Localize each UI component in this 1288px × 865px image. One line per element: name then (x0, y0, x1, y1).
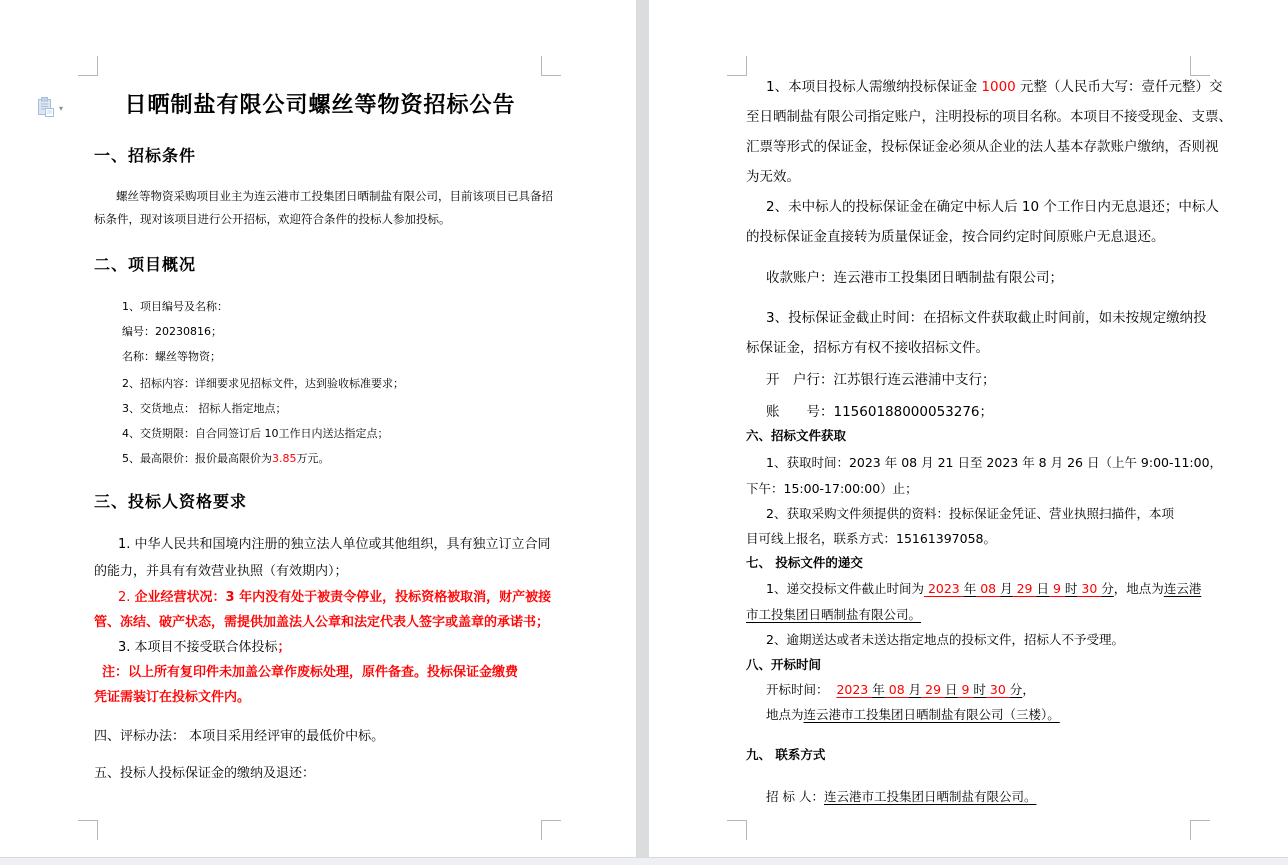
text-segment: 日 (945, 682, 958, 697)
sec7-line: 2、逾期送达或者未送达指定地点的投标文件，招标人不予受理。 (746, 632, 1210, 648)
text-segment: 月 (909, 682, 922, 697)
deposit-line: 至日晒制盐有限公司指定账户，注明投标的项目名称。本项目不接受现金、支票、 (746, 109, 1210, 126)
text-segment: 连云港市工投集团日晒制盐有限公司。 (824, 789, 1037, 804)
text-segment: 年 (964, 581, 977, 596)
text-segment: 连云港 (1164, 581, 1202, 596)
sec3-line: 管、冻结、破产状态，需提供加盖法人公章和法定代表人签字或盖章的承诺书； (94, 615, 546, 631)
text-segment: 时 (1065, 581, 1078, 596)
sec2-item: 4、交货期限：自合同签订后 10工作日内送达指定点； (122, 427, 389, 441)
text-segment: 分 (1101, 581, 1114, 596)
sec2-item: 2、招标内容：详细要求见招标文件，达到验收标准要求； (122, 377, 404, 391)
text-segment: 3. 本项目不接受联合体投标 (118, 640, 278, 655)
sec9-line: 招 标 人：连云港市工投集团日晒制盐有限公司。 (746, 789, 1210, 805)
text-segment: ； (278, 640, 291, 655)
sec2-item: 编号：20230816； (122, 325, 222, 339)
sec4-line: 四、评标办法： 本项目采用经评审的最低价中标。 (94, 729, 546, 745)
text-segment: 日 (1036, 581, 1049, 596)
deposit-line: 1、本项目投标人需缴纳投标保证金 1000 元整（人民币大写：壹仟元整）交 (746, 79, 1210, 96)
text-segment: 连云港市工投集团日晒制盐有限公司（三楼）。 (804, 707, 1060, 722)
sec2-item-price: 5、最高限价：报价最高限价为3.85万元。 (122, 452, 330, 466)
text-segment: 元整（人民币大写：壹仟元整）交 (1016, 79, 1223, 95)
heading-sec7: 七、 投标文件的递交 (746, 555, 1210, 571)
text-boundary-mark (541, 820, 561, 840)
deposit-line: 的投标保证金直接转为质量保证金，按合同约定时间原账户无息退还。 (746, 229, 1210, 246)
sec3-note: 注：以上所有复印件未加盖公章作废标处理，原件备查。投标保证金缴费 (94, 665, 546, 681)
text-segment: ， (1022, 682, 1035, 697)
paste-options-icon (36, 96, 56, 118)
bank-line: 开 户行：江苏银行连云港浦中支行； (746, 372, 1210, 389)
text-segment: 08 (976, 581, 1000, 596)
text-segment: 1、递交投标文件截止时间为 (766, 581, 924, 596)
heading-sec8: 八、开标时间 (746, 657, 1210, 673)
document-canvas: { "colors": { "emphasis_red": "#ff0000",… (0, 0, 1288, 865)
sec3-line: 1. 中华人民共和国境内注册的独立法人单位或其他组织，具有独立订立合同 (94, 537, 546, 553)
sec3-line: 的能力，并具有有效营业执照（有效期内）； (94, 564, 546, 580)
deposit-line: 汇票等形式的保证金，投标保证金必须从企业的法人基本存款账户缴纳，否则视 (746, 139, 1210, 156)
heading-sec1: 一、招标条件 (94, 146, 546, 166)
chevron-down-icon[interactable]: ▾ (59, 104, 63, 113)
text-segment: 5、最高限价：报价最高限价为 (122, 452, 272, 465)
heading-sec6: 六、招标文件获取 (746, 428, 1210, 444)
text-segment: 2. (118, 590, 135, 605)
sec6-line: 下午：15:00-17:00:00）止； (746, 481, 1210, 497)
deposit-line: 标保证金，招标方有权不接收招标文件。 (746, 340, 1210, 357)
sec5-line: 五、投标人投标保证金的缴纳及退还： (94, 766, 546, 782)
sec3-line: 2. 企业经营状况：3 年内没有处于被责令停业，投标资格被取消，财产被接 (94, 590, 546, 606)
sec8-line: 开标时间： 2023 年 08 月 29 日 9 时 30 分， (746, 682, 1210, 698)
text-segment: 30 (1077, 581, 1101, 596)
text-segment: 企业经营状况：3 年内没有处于被责令停业，投标资格被取消，财产被接 (135, 590, 552, 605)
sec6-line: 目可线上报名，联系方式：15161397058。 (746, 531, 1210, 547)
account-line: 账 号：11560188000053276； (746, 404, 1210, 421)
heading-sec9: 九、 联系方式 (746, 747, 1210, 763)
sec6-line: 2、获取采购文件须提供的资料：投标保证金凭证、营业执照扫描件，本项 (746, 506, 1210, 522)
deposit-line: 2、未中标人的投标保证金在确定中标人后 10 个工作日内无息退还；中标人 (746, 199, 1210, 216)
paste-options-button[interactable]: ▾ (36, 94, 80, 120)
deposit-line: 收款账户：连云港市工投集团日晒制盐有限公司； (746, 270, 1210, 287)
sec3-note: 凭证需装订在投标文件内。 (94, 690, 546, 706)
sec3-line: 3. 本项目不接受联合体投标； (94, 640, 546, 656)
sec7-line: 1、递交投标文件截止时间为 2023 年 08 月 29 日 9 时 30 分，… (746, 581, 1210, 597)
text-segment: 1000 (981, 79, 1015, 95)
text-segment: 年 (872, 682, 885, 697)
sec2-item: 名称：螺丝等物资； (122, 350, 221, 364)
text-segment: 2023 (836, 682, 872, 697)
text-boundary-mark (78, 56, 98, 76)
heading-sec3: 三、投标人资格要求 (94, 492, 546, 512)
text-segment: 地点为 (766, 707, 804, 722)
sec2-item: 3、交货地点： 招标人指定地点； (122, 402, 287, 416)
sec8-line: 地点为连云港市工投集团日晒制盐有限公司（三楼）。 (746, 707, 1210, 723)
deposit-line: 3、投标保证金截止时间：在招标文件获取截止时间前，如未按规定缴纳投 (746, 310, 1210, 327)
page-gap (636, 0, 649, 858)
sec1-line: 螺丝等物资采购项目业主为连云港市工投集团日晒制盐有限公司，目前该项目已具备招 (94, 189, 546, 203)
sec6-line: 1、获取时间：2023 年 08 月 21 日至 2023 年 8 月 26 日… (746, 455, 1210, 471)
text-segment: 万元。 (297, 452, 330, 465)
text-segment: 9 (958, 682, 974, 697)
sec7-line: 市工投集团日晒制盐有限公司。 (746, 607, 1210, 623)
text-boundary-mark (541, 56, 561, 76)
text-segment: 9 (1049, 581, 1065, 596)
doc-title: 日晒制盐有限公司螺丝等物资招标公告 (94, 92, 546, 120)
text-boundary-mark (1190, 56, 1210, 76)
text-segment: 时 (973, 682, 986, 697)
sec1-line: 标条件，现对该项目进行公开招标，欢迎符合条件的投标人参加投标。 (94, 212, 546, 226)
text-segment: 开标时间： (766, 682, 836, 697)
text-segment: 分 (1010, 682, 1023, 697)
status-bar (0, 857, 1288, 865)
deposit-line: 为无效。 (746, 169, 1210, 186)
text-segment: 月 (1000, 581, 1013, 596)
text-segment: 30 (986, 682, 1010, 697)
text-boundary-mark (727, 820, 747, 840)
text-segment: 29 (921, 682, 945, 697)
text-segment: 08 (885, 682, 909, 697)
text-boundary-mark (1190, 820, 1210, 840)
text-segment: 2023 (924, 581, 964, 596)
heading-sec2: 二、项目概况 (94, 255, 546, 275)
text-segment: 29 (1013, 581, 1037, 596)
text-segment: ，地点为 (1114, 581, 1164, 596)
text-boundary-mark (78, 820, 98, 840)
text-segment: 招 标 人： (766, 789, 824, 804)
text-segment: 1、本项目投标人需缴纳投标保证金 (766, 79, 981, 95)
sec2-item: 1、项目编号及名称： (122, 300, 228, 314)
text-boundary-mark (727, 56, 747, 76)
text-segment: 3.85 (272, 452, 297, 465)
